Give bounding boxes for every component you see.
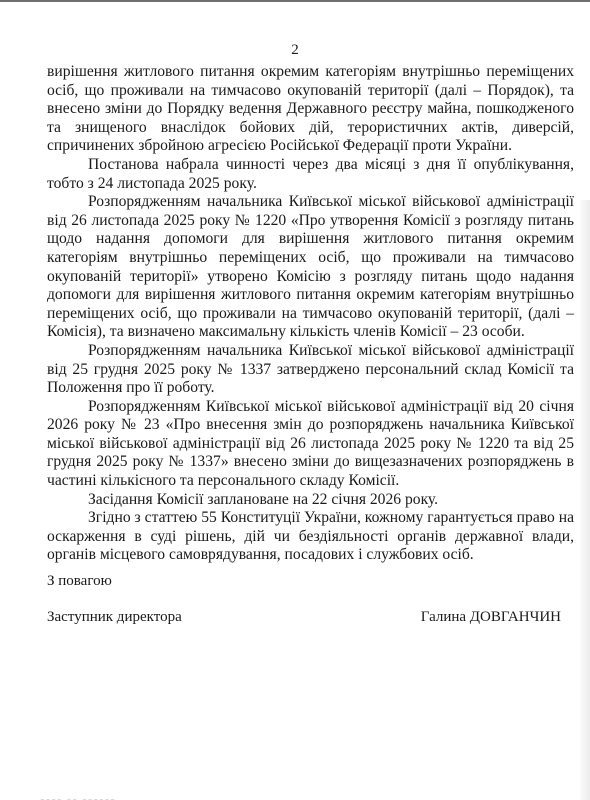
paragraph-amendments: Розпорядженням Київської міської військо…	[47, 398, 574, 491]
paragraph-continuation: вирішення житлового питання окремим кате…	[47, 63, 574, 156]
paragraph-commission-composition: Розпорядженням начальника Київської місь…	[47, 342, 574, 398]
top-edge-bar	[0, 0, 590, 2]
paragraph-effective-date: Постанова набрала чинності через два міс…	[47, 156, 574, 193]
page-number: 2	[0, 41, 590, 59]
signatory-position: Заступник директора	[47, 608, 182, 626]
document-body: вирішення житлового питання окремим кате…	[47, 63, 574, 565]
paragraph-commission-created: Розпорядженням начальника Київської місь…	[47, 193, 574, 342]
footer-cut-off-text: ▪▪▪▪ ▪▪ ▪▪▪▪▪▪	[40, 794, 116, 800]
right-edge-shadow	[580, 200, 590, 800]
paragraph-constitution-right: Згідно з статтею 55 Конституції України,…	[47, 509, 574, 565]
signature-block: Заступник директора Галина ДОВГАНЧИН	[47, 608, 561, 626]
paragraph-meeting-date: Засідання Комісії заплановане на 22 січн…	[47, 491, 574, 510]
signatory-name: Галина ДОВГАНЧИН	[421, 608, 561, 626]
closing-salutation: З повагою	[47, 572, 112, 590]
